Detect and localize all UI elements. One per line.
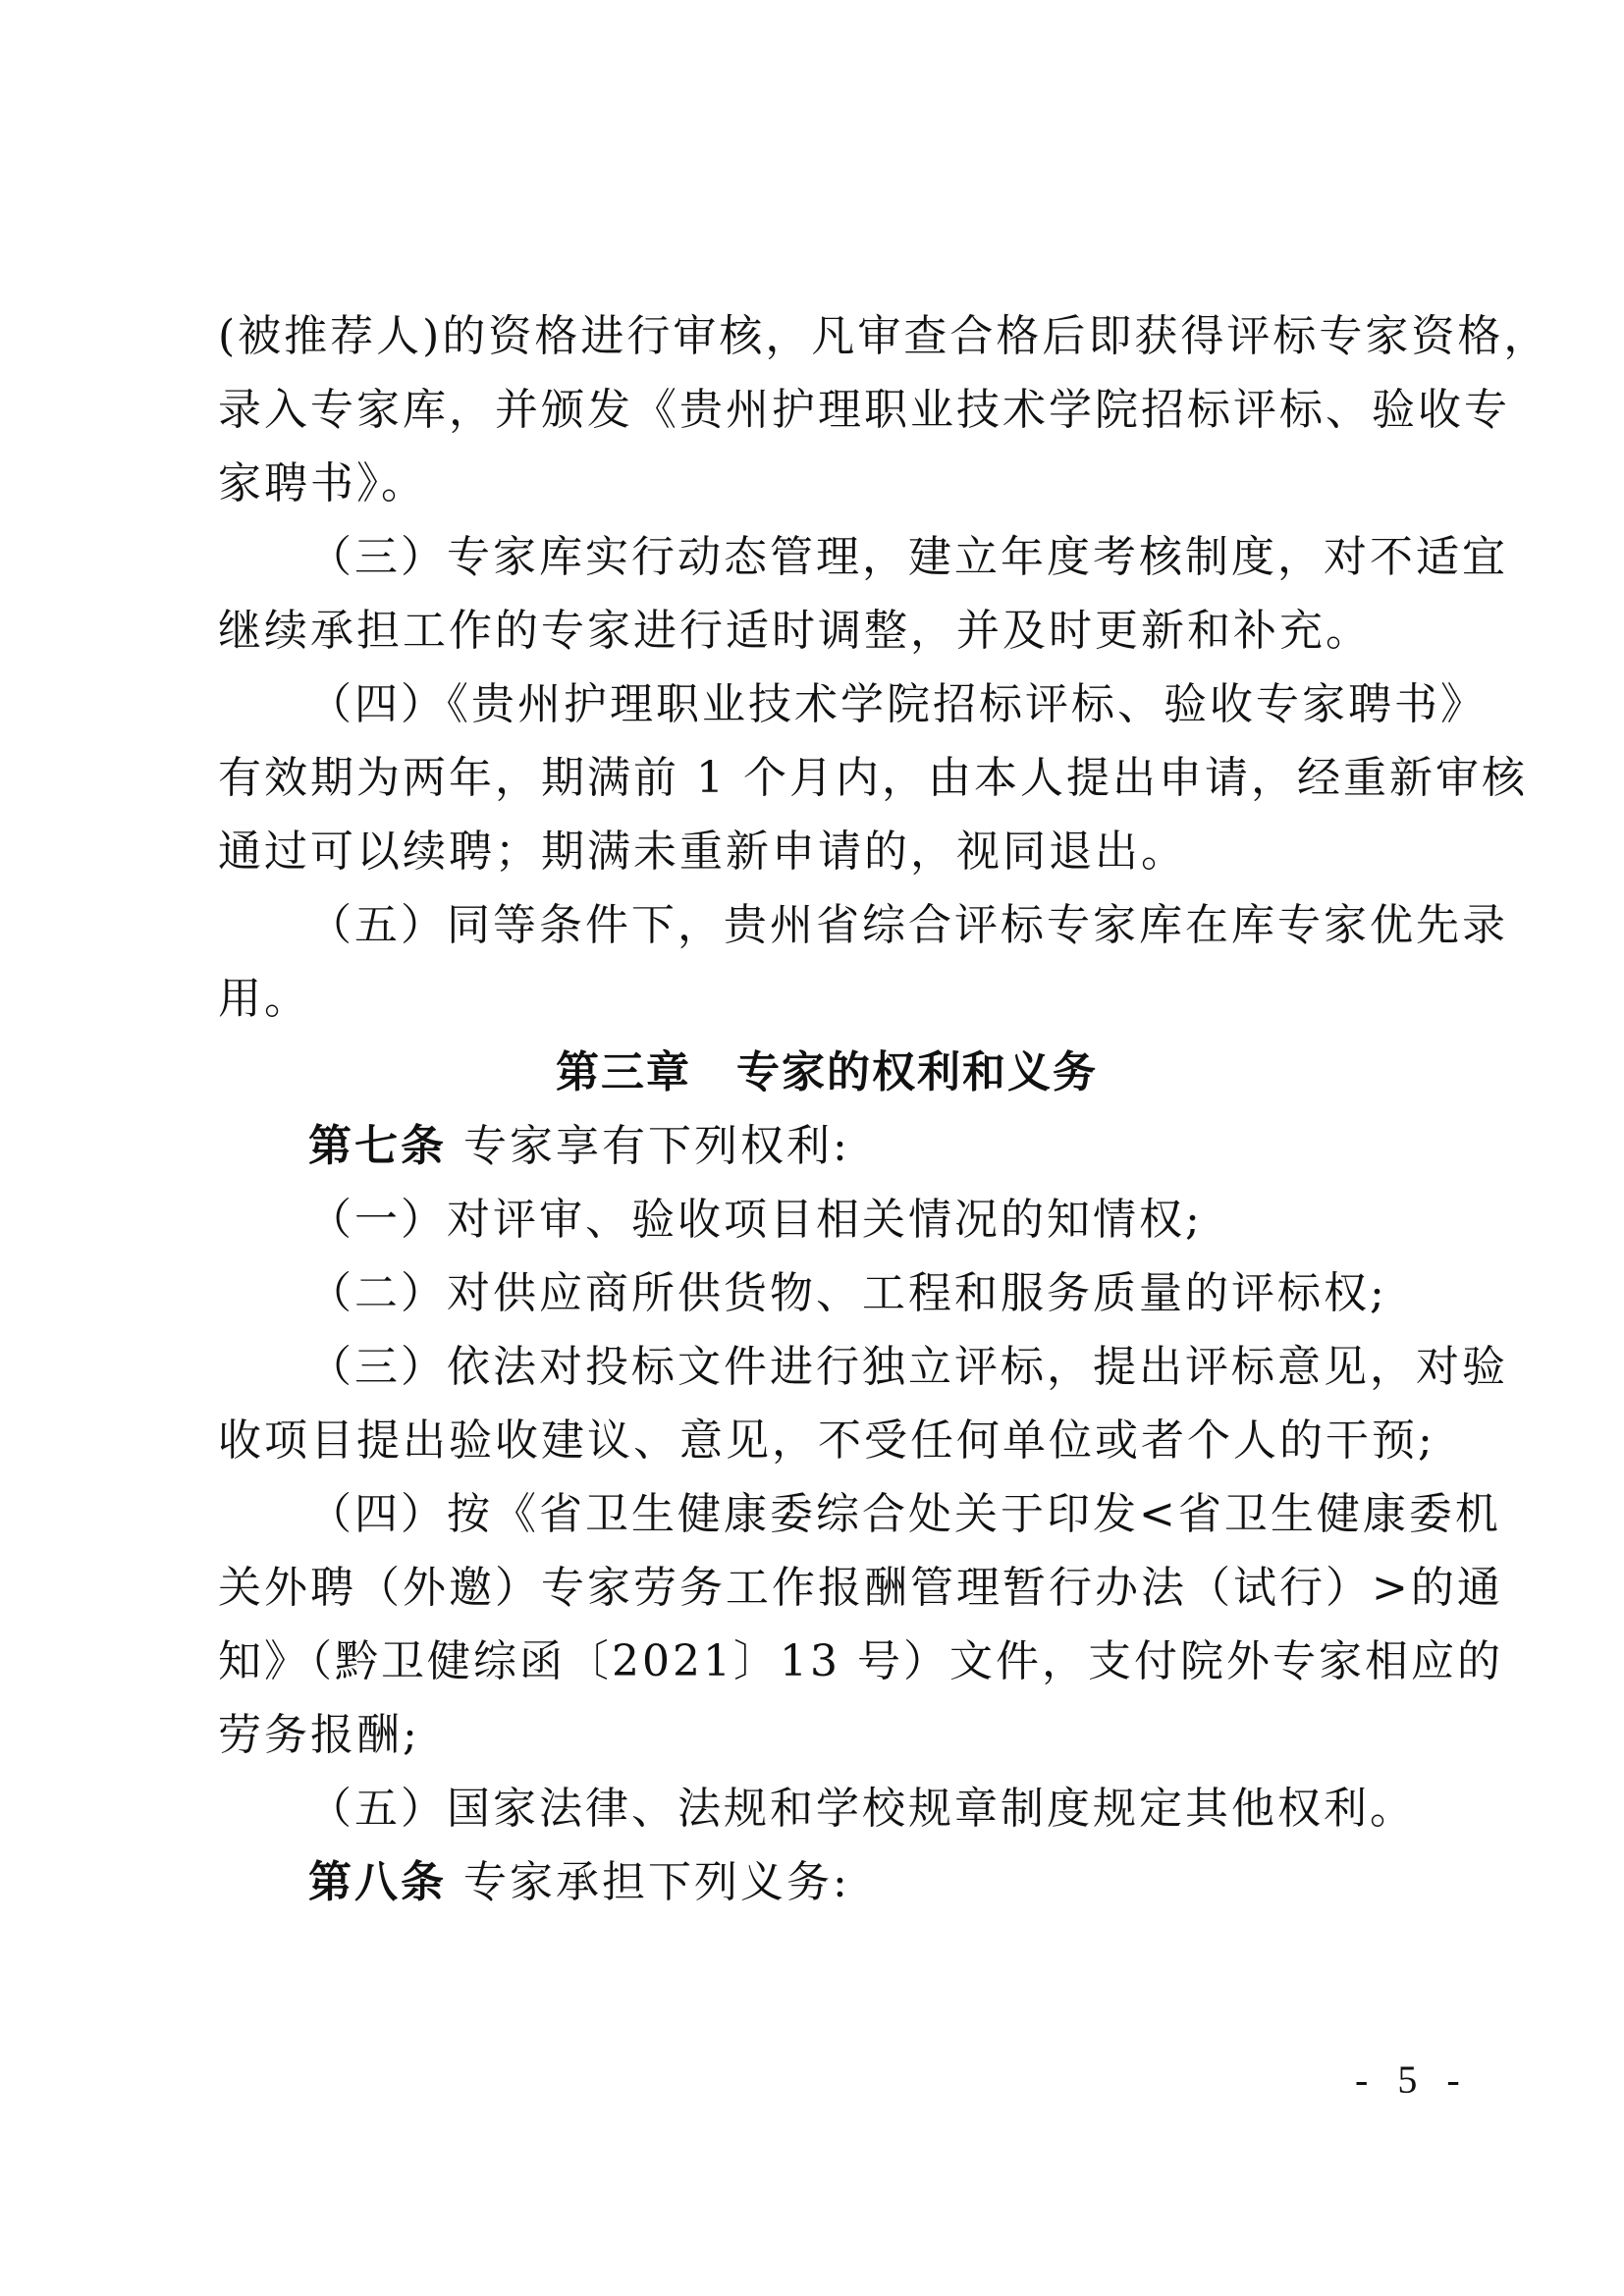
article-text: 专家承担下列义务: xyxy=(447,1857,850,1907)
list-item-3: （三）专家库实行动态管理，建立年度考核制度，对不适宜 xyxy=(218,520,1435,594)
text-line: 继续承担工作的专家进行适时调整，并及时更新和补充。 xyxy=(218,594,1435,667)
text-line: 关外聘（外邀）专家劳务工作报酬管理暂行办法（试行）>的通 xyxy=(218,1551,1435,1625)
text-line: 录入专家库，并颁发《贵州护理职业技术学院招标评标、验收专 xyxy=(218,373,1435,447)
document-page: (被推荐人)的资格进行审核，凡审查合格后即获得评标专家资格， 录入专家库，并颁发… xyxy=(218,299,1435,1919)
rights-item-3: （三）依法对投标文件进行独立评标，提出评标意见，对验 xyxy=(218,1330,1435,1404)
text-line: 通过可以续聘；期满未重新申请的，视同退出。 xyxy=(218,815,1435,888)
text-line: 收项目提出验收建议、意见，不受任何单位或者个人的干预; xyxy=(218,1404,1435,1477)
text-line: 劳务报酬; xyxy=(218,1698,1435,1772)
article-label: 第七条 xyxy=(308,1121,447,1171)
article-8: 第八条 专家承担下列义务: xyxy=(218,1845,1435,1919)
text-line: 用。 xyxy=(218,962,1435,1036)
chapter-heading: 第三章 专家的权利和义务 xyxy=(218,1036,1435,1109)
text-line: 有效期为两年，期满前 1 个月内，由本人提出申请，经重新审核 xyxy=(218,741,1435,815)
text-line: (被推荐人)的资格进行审核，凡审查合格后即获得评标专家资格， xyxy=(218,299,1435,373)
rights-item-5: （五）国家法律、法规和学校规章制度规定其他权利。 xyxy=(218,1772,1435,1845)
rights-item-4: （四）按《省卫生健康委综合处关于印发<省卫生健康委机 xyxy=(218,1477,1435,1551)
page-number: - 5 - xyxy=(1355,2056,1470,2103)
article-7: 第七条 专家享有下列权利: xyxy=(218,1109,1435,1183)
list-item-5: （五）同等条件下，贵州省综合评标专家库在库专家优先录 xyxy=(218,888,1435,962)
list-item-4: （四）《贵州护理职业技术学院招标评标、验收专家聘书》 xyxy=(218,667,1435,741)
article-text: 专家享有下列权利: xyxy=(447,1121,850,1171)
text-line: 家聘书》。 xyxy=(218,447,1435,520)
text-line: 知》（黔卫健综函〔2021〕13 号）文件，支付院外专家相应的 xyxy=(218,1625,1435,1698)
article-label: 第八条 xyxy=(308,1857,447,1907)
rights-item-1: （一）对评审、验收项目相关情况的知情权; xyxy=(218,1183,1435,1256)
rights-item-2: （二）对供应商所供货物、工程和服务质量的评标权; xyxy=(218,1256,1435,1330)
